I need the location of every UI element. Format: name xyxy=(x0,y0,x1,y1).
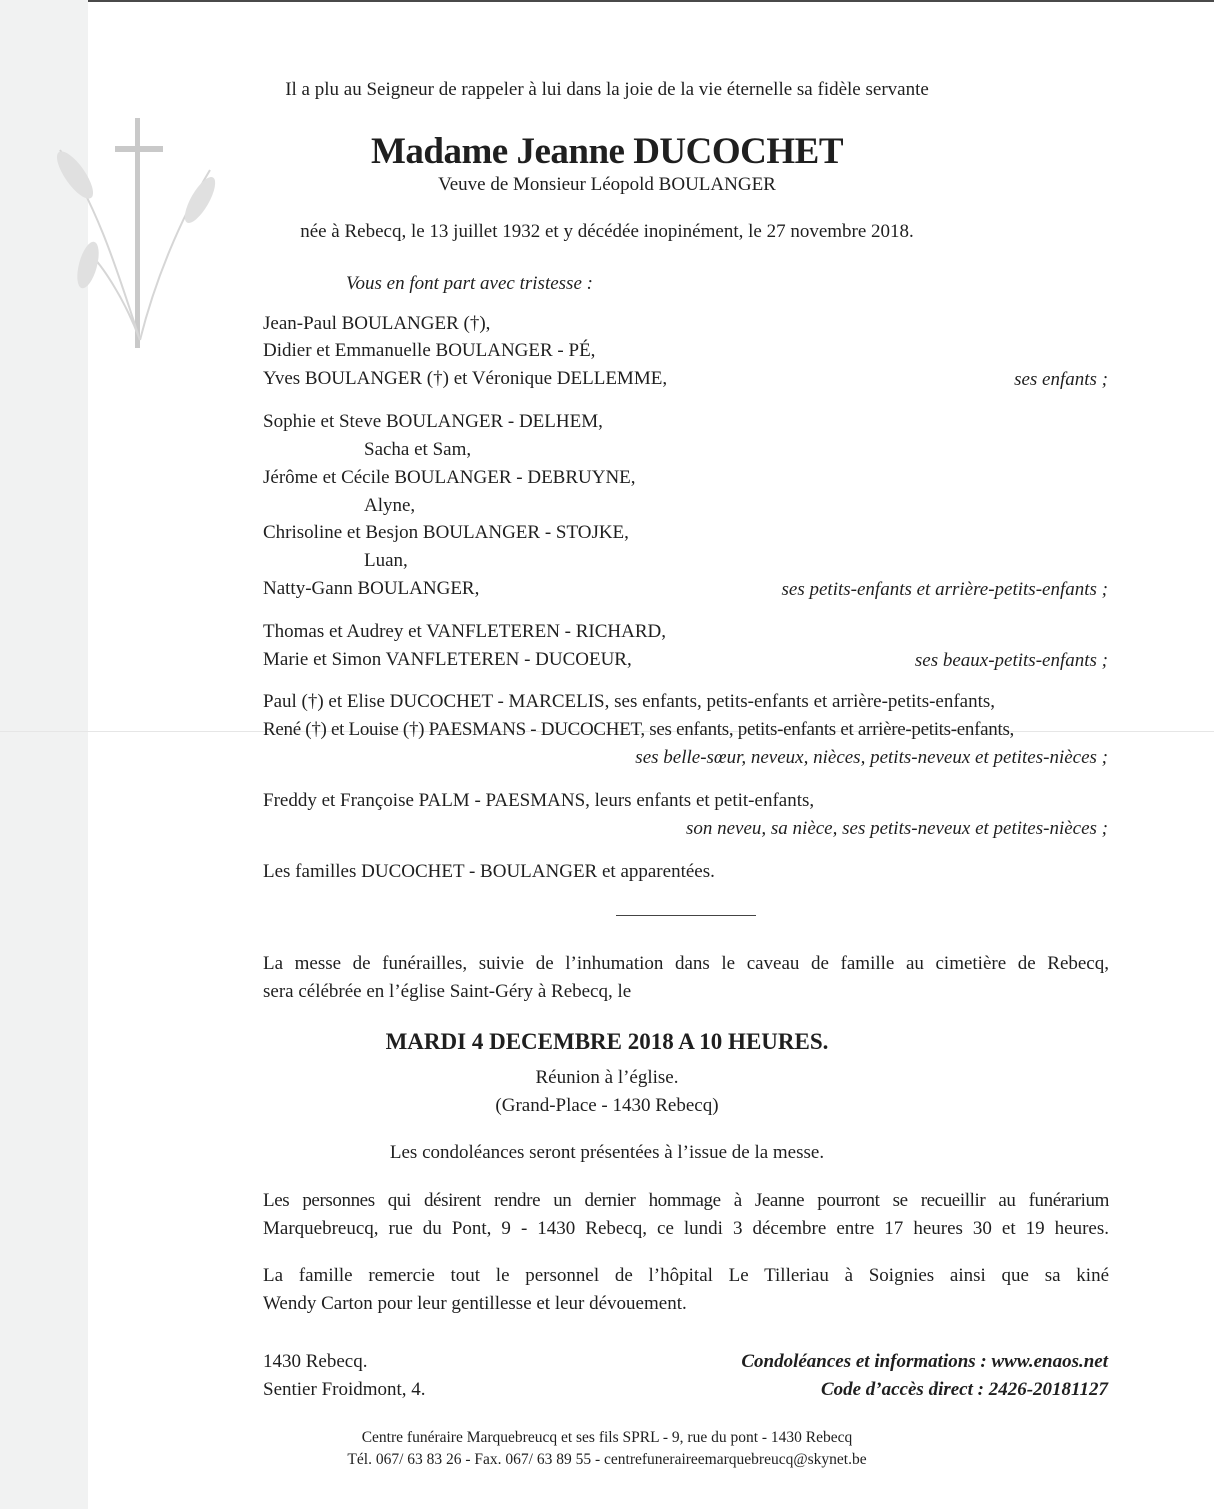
intro-text: Il a plu au Seigneur de rappeler à lui d… xyxy=(0,78,1214,102)
family-line: Thomas et Audrey et VANFLETEREN - RICHAR… xyxy=(263,620,666,644)
widow-of: Veuve de Monsieur Léopold BOULANGER xyxy=(0,173,1214,197)
relation-label: ses petits-enfants et arrière-petits-enf… xyxy=(782,578,1108,602)
relation-label: son neveu, sa nièce, ses petits-neveux e… xyxy=(686,817,1108,841)
deceased-name: Madame Jeanne DUCOCHET xyxy=(0,130,1214,174)
family-line: Chrisoline et Besjon BOULANGER - STOJKE, xyxy=(263,521,629,545)
relation-label: ses enfants ; xyxy=(1014,368,1108,392)
online-condolences-link[interactable]: Condoléances et informations : www.enaos… xyxy=(741,1350,1108,1374)
meeting-place: Réunion à l’église. xyxy=(0,1066,1214,1090)
thanks-text: Wendy Carton pour leur gentillesse et le… xyxy=(263,1292,687,1316)
family-line: Luan, xyxy=(364,549,408,573)
access-code: Code d’accès direct : 2426-20181127 xyxy=(821,1378,1108,1402)
family-line: Marie et Simon VANFLETEREN - DUCOEUR, xyxy=(263,648,632,672)
ceremony-text: La messe de funérailles, suivie de l’inh… xyxy=(263,952,1109,976)
separator xyxy=(616,915,756,916)
ceremony-text: sera célébrée en l’église Saint-Géry à R… xyxy=(263,980,631,1004)
family-line: Jean-Paul BOULANGER (†), xyxy=(263,312,490,336)
family-line: Sophie et Steve BOULANGER - DELHEM, xyxy=(263,410,603,434)
family-line: Jérôme et Cécile BOULANGER - DEBRUYNE, xyxy=(263,466,636,490)
visit-text: Marquebreucq, rue du Pont, 9 - 1430 Rebe… xyxy=(263,1217,1109,1241)
home-address: 1430 Rebecq. xyxy=(263,1350,367,1374)
birth-death-dates: née à Rebecq, le 13 juillet 1932 et y dé… xyxy=(0,220,1214,244)
home-address: Sentier Froidmont, 4. xyxy=(263,1378,426,1402)
funeral-home-info: Centre funéraire Marquebreucq et ses fil… xyxy=(0,1428,1214,1448)
family-line: Alyne, xyxy=(364,494,415,518)
condolences-note: Les condoléances seront présentées à l’i… xyxy=(0,1141,1214,1165)
meeting-address: (Grand-Place - 1430 Rebecq) xyxy=(0,1094,1214,1118)
family-line: René (†) et Louise (†) PAESMANS - DUCOCH… xyxy=(263,718,1014,742)
family-line: Freddy et Françoise PALM - PAESMANS, leu… xyxy=(263,789,814,813)
family-line: Natty-Gann BOULANGER, xyxy=(263,577,479,601)
top-border xyxy=(0,0,1214,2)
family-line: Yves BOULANGER (†) et Véronique DELLEMME… xyxy=(263,367,667,391)
family-line: Didier et Emmanuelle BOULANGER - PÉ, xyxy=(263,339,595,363)
family-line: Sacha et Sam, xyxy=(364,438,471,462)
ceremony-datetime: MARDI 4 DECEMBRE 2018 A 10 HEURES. xyxy=(0,1028,1214,1056)
relation-label: ses belle-sœur, neveux, nièces, petits-n… xyxy=(635,746,1108,770)
families-line: Les familles DUCOCHET - BOULANGER et app… xyxy=(263,860,715,884)
funeral-home-contact: Tél. 067/ 63 83 26 - Fax. 067/ 63 89 55 … xyxy=(0,1450,1214,1470)
family-line: Paul (†) et Elise DUCOCHET - MARCELIS, s… xyxy=(263,690,995,714)
visit-text: Les personnes qui désirent rendre un der… xyxy=(263,1189,1109,1213)
thanks-text: La famille remercie tout le personnel de… xyxy=(263,1264,1109,1288)
announcement: Vous en font part avec tristesse : xyxy=(346,272,593,296)
relation-label: ses beaux-petits-enfants ; xyxy=(915,649,1108,673)
